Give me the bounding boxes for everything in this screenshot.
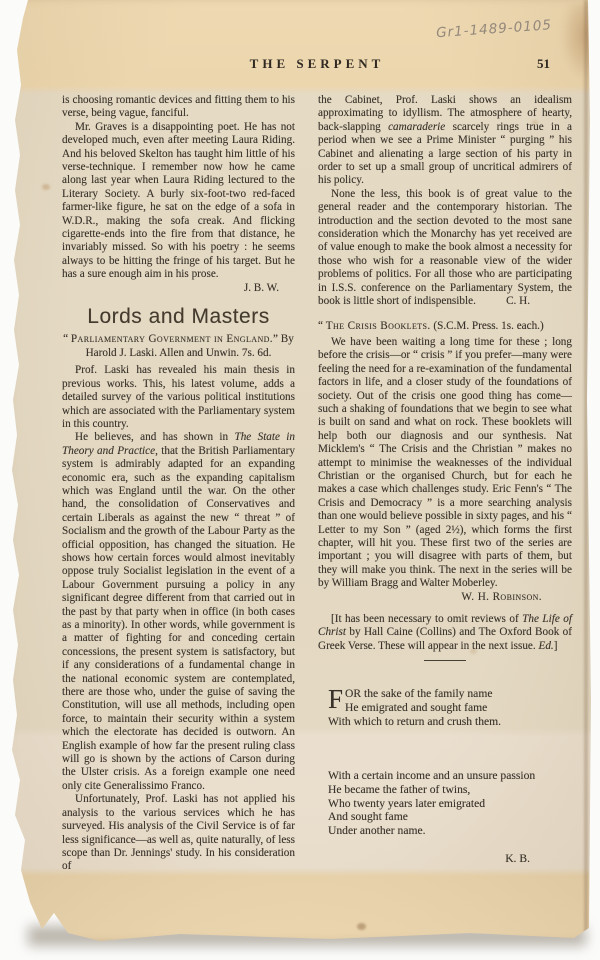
page-right-edge bbox=[584, 0, 588, 946]
paragraph-graves-review: Mr. Graves is a disappointing poet. He h… bbox=[62, 121, 295, 282]
page-header: THE SERPENT 51 bbox=[62, 56, 572, 74]
poet-initials-kb: K. B. bbox=[505, 852, 530, 866]
poem: FOR the sake of the family name He emigr… bbox=[328, 673, 572, 880]
paragraph-book-value: None the less, this book is of great val… bbox=[318, 188, 572, 309]
scan-background: Gr1-1489-0105 THE SERPENT 51 is choosing… bbox=[0, 0, 600, 960]
editor-note: [It has been necessary to omit reviews o… bbox=[318, 613, 572, 653]
review-heading-crisis-booklets: “ The Crisis Booklets. (S.C.M. Press. 1s… bbox=[318, 320, 572, 333]
paragraph-crisis-review: We have been waiting a long time for the… bbox=[318, 336, 572, 591]
left-column: is choosing romantic devices and fitting… bbox=[62, 94, 295, 874]
citation-line-1: “ Parliamentary Government in England.” … bbox=[62, 333, 295, 347]
right-column: the Cabinet, Prof. Laski shows an ideali… bbox=[318, 94, 572, 880]
poem-stanza-1: FOR the sake of the family name He emigr… bbox=[328, 687, 572, 729]
paragraph-laski-thesis: Prof. Laski has revealed his main thesis… bbox=[62, 364, 295, 431]
book-citation: “ Parliamentary Government in England.” … bbox=[62, 333, 295, 360]
page-number: 51 bbox=[537, 56, 550, 72]
foxing-spot bbox=[357, 923, 366, 930]
paragraph-laski-criticism: Unfortunately, Prof. Laski has not appli… bbox=[62, 793, 295, 873]
poem-stanza-2-wrap: With a certain income and an unsure pass… bbox=[328, 755, 572, 866]
reviewer-initials-jbw: J. B. W. bbox=[62, 282, 295, 295]
citation-line-2: Harold J. Laski. Allen and Unwin. 7s. 6d… bbox=[62, 347, 295, 361]
paragraph-cabinet: the Cabinet, Prof. Laski shows an ideali… bbox=[318, 94, 572, 188]
poem-stanza-2: With a certain income and an unsure pass… bbox=[328, 769, 572, 839]
magazine-page: Gr1-1489-0105 THE SERPENT 51 is choosing… bbox=[0, 0, 600, 946]
paragraph-laski-argument: He believes, and has shown in The State … bbox=[62, 431, 295, 793]
article-title: Lords and Masters bbox=[62, 304, 295, 329]
journal-title: THE SERPENT bbox=[62, 56, 572, 72]
section-divider bbox=[424, 660, 466, 661]
reviewer-initials-ch: C. H. bbox=[506, 295, 530, 308]
paragraph-continuation: is choosing romantic devices and fitting… bbox=[62, 94, 295, 121]
reviewer-name-robinson: W. H. Robinson. bbox=[318, 591, 572, 604]
paragraph-with-signature: None the less, this book is of great val… bbox=[318, 188, 572, 309]
foxing-spot bbox=[42, 184, 50, 190]
